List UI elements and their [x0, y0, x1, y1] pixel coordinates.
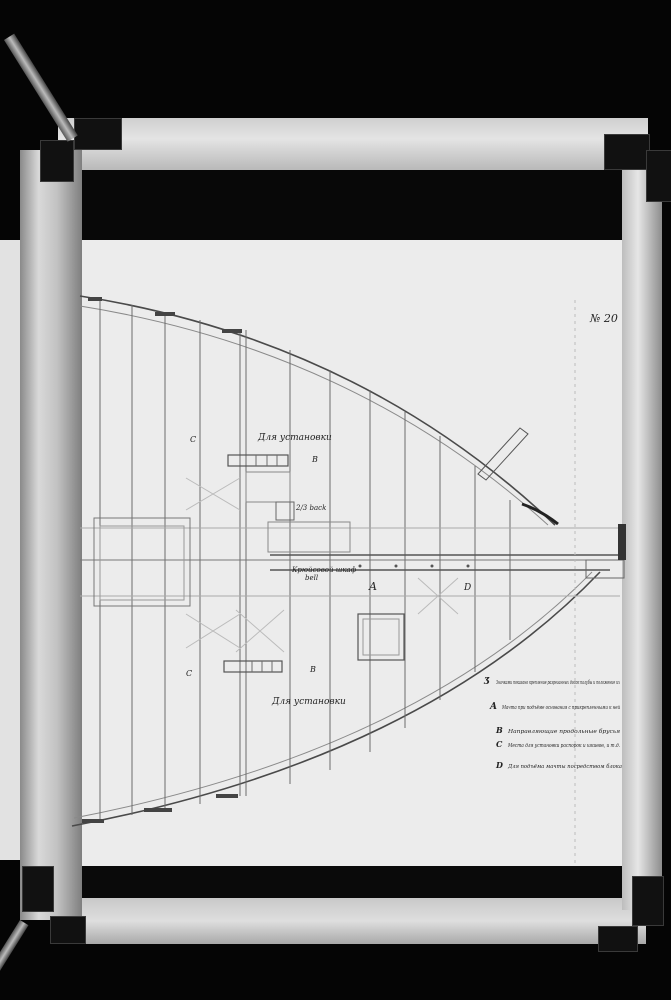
deck-plan-drawing: № 20 Для установки Для установки 2/3 bac… [0, 0, 671, 1000]
legend-key-0: Ӡ [483, 677, 490, 687]
photograph: № 20 Для установки Для установки 2/3 bac… [0, 0, 671, 1000]
label-small-note: 2/3 back [295, 504, 326, 512]
legend-key-1: A [489, 702, 497, 712]
drawing-legend: Ӡ Значками показано крепление разрезанны… [483, 677, 622, 770]
label-letter-c-upper: C [190, 435, 196, 444]
legend-key-2: B [495, 725, 503, 735]
legend-key-3: C [496, 739, 503, 749]
label-letter-d: D [463, 583, 471, 593]
label-lower-note: Для установки [271, 697, 346, 707]
legend-text-2: Направляющие продольные брусья [507, 728, 621, 735]
legend-text-4: Для подъёма мачты посредством блока [507, 763, 622, 770]
label-letter-b-upper: B [311, 455, 318, 464]
sheet-number: № 20 [589, 312, 618, 325]
legend-text-3: Места для установки распорок и шкивов, и… [507, 743, 620, 749]
label-center-note: Крюйсовой шкаф [291, 566, 357, 574]
label-letter-c-lower: C [186, 669, 192, 678]
legend-key-4: D [495, 760, 503, 770]
label-center-note-2: bell [305, 574, 318, 582]
label-letter-b-lower: B [309, 665, 316, 674]
label-upper-note: Для установки [257, 433, 332, 443]
label-letter-a: A [368, 580, 377, 593]
legend-text-0: Значками показано крепление разрезанных … [496, 679, 620, 686]
legend-text-1: Мачта при подъёме основания с прикреплен… [501, 704, 620, 711]
